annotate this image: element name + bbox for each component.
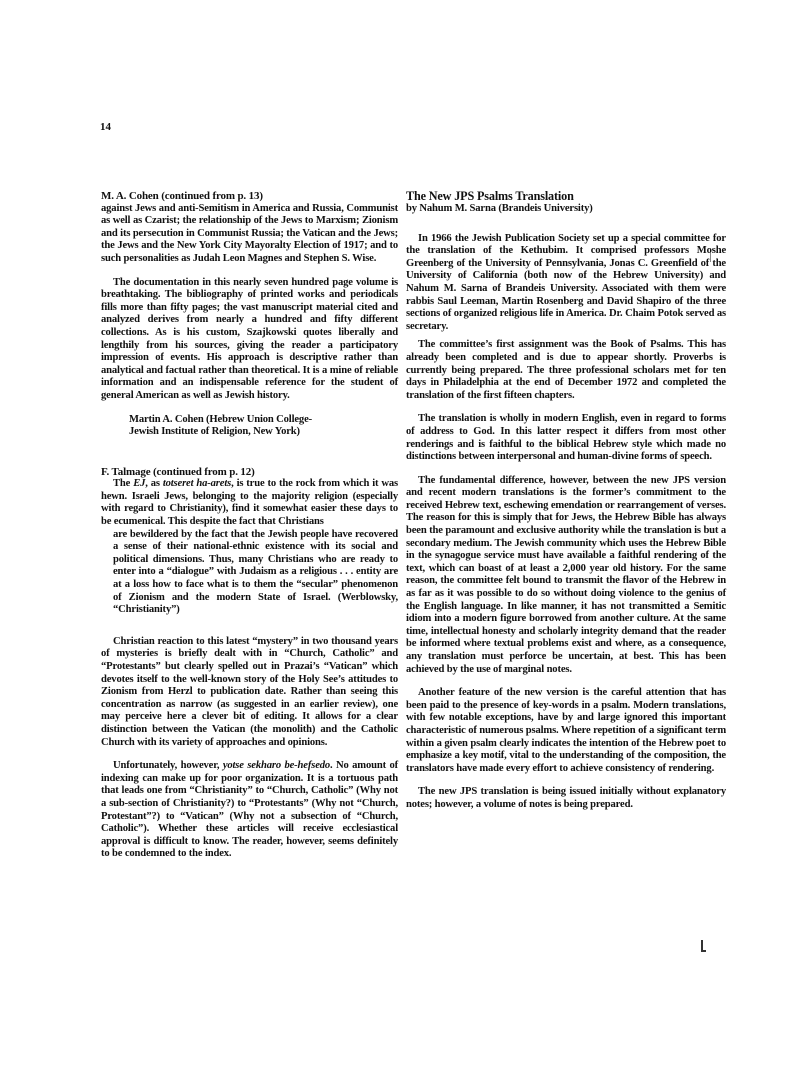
talmage-paragraph-2: Christian reaction to this latest “myste… — [101, 636, 398, 749]
cohen-paragraph-2: The documentation in this nearly seven h… — [101, 277, 398, 403]
cohen-signature-line-2: Jewish Institute of Religion, New York) — [129, 426, 398, 439]
right-column: The New JPS Psalms Translation by Nahum … — [406, 190, 726, 812]
article-paragraph: In 1966 the Jewish Publication Society s… — [406, 233, 726, 334]
scan-mark — [710, 253, 711, 262]
article-title: The New JPS Psalms Translation — [406, 190, 726, 203]
article-paragraph: The new JPS translation is being issued … — [406, 786, 726, 811]
article-paragraph: The translation is wholly in modern Engl… — [406, 413, 726, 463]
scan-mark — [701, 950, 706, 952]
talmage-heading: F. Talmage (continued from p. 12) — [101, 466, 398, 479]
talmage-review-continuation: F. Talmage (continued from p. 12) The EJ… — [101, 466, 398, 861]
italic-ej: EJ — [133, 478, 145, 489]
talmage-paragraph-3: Unfortunately, however, yotse sekharo be… — [101, 760, 398, 861]
article-paragraph: Another feature of the new version is th… — [406, 687, 726, 775]
cohen-heading: M. A. Cohen (continued from p. 13) — [101, 190, 398, 203]
article-byline: by Nahum M. Sarna (Brandeis University) — [406, 203, 726, 216]
talmage-paragraph-1: The EJ, as totseret ha-arets, is true to… — [101, 478, 398, 528]
left-column: M. A. Cohen (continued from p. 13) again… — [101, 190, 398, 861]
cohen-review-continuation: M. A. Cohen (continued from p. 13) again… — [101, 190, 398, 439]
talmage-block-quote: are bewildered by the fact that the Jewi… — [113, 529, 398, 617]
article-paragraph: The committee’s first assignment was the… — [406, 339, 726, 402]
cohen-paragraph-1: against Jews and anti-Semitism in Americ… — [101, 203, 398, 266]
article-paragraph: The fundamental difference, however, bet… — [406, 475, 726, 677]
page-number: 14 — [100, 121, 111, 133]
cohen-signature-line-1: Martin A. Cohen (Hebrew Union College- — [129, 414, 398, 427]
italic-totseret-ha-arets: totseret ha-arets — [163, 478, 231, 489]
italic-yotse-sekharo: yotse sekharo be-hefsedo — [223, 760, 330, 771]
